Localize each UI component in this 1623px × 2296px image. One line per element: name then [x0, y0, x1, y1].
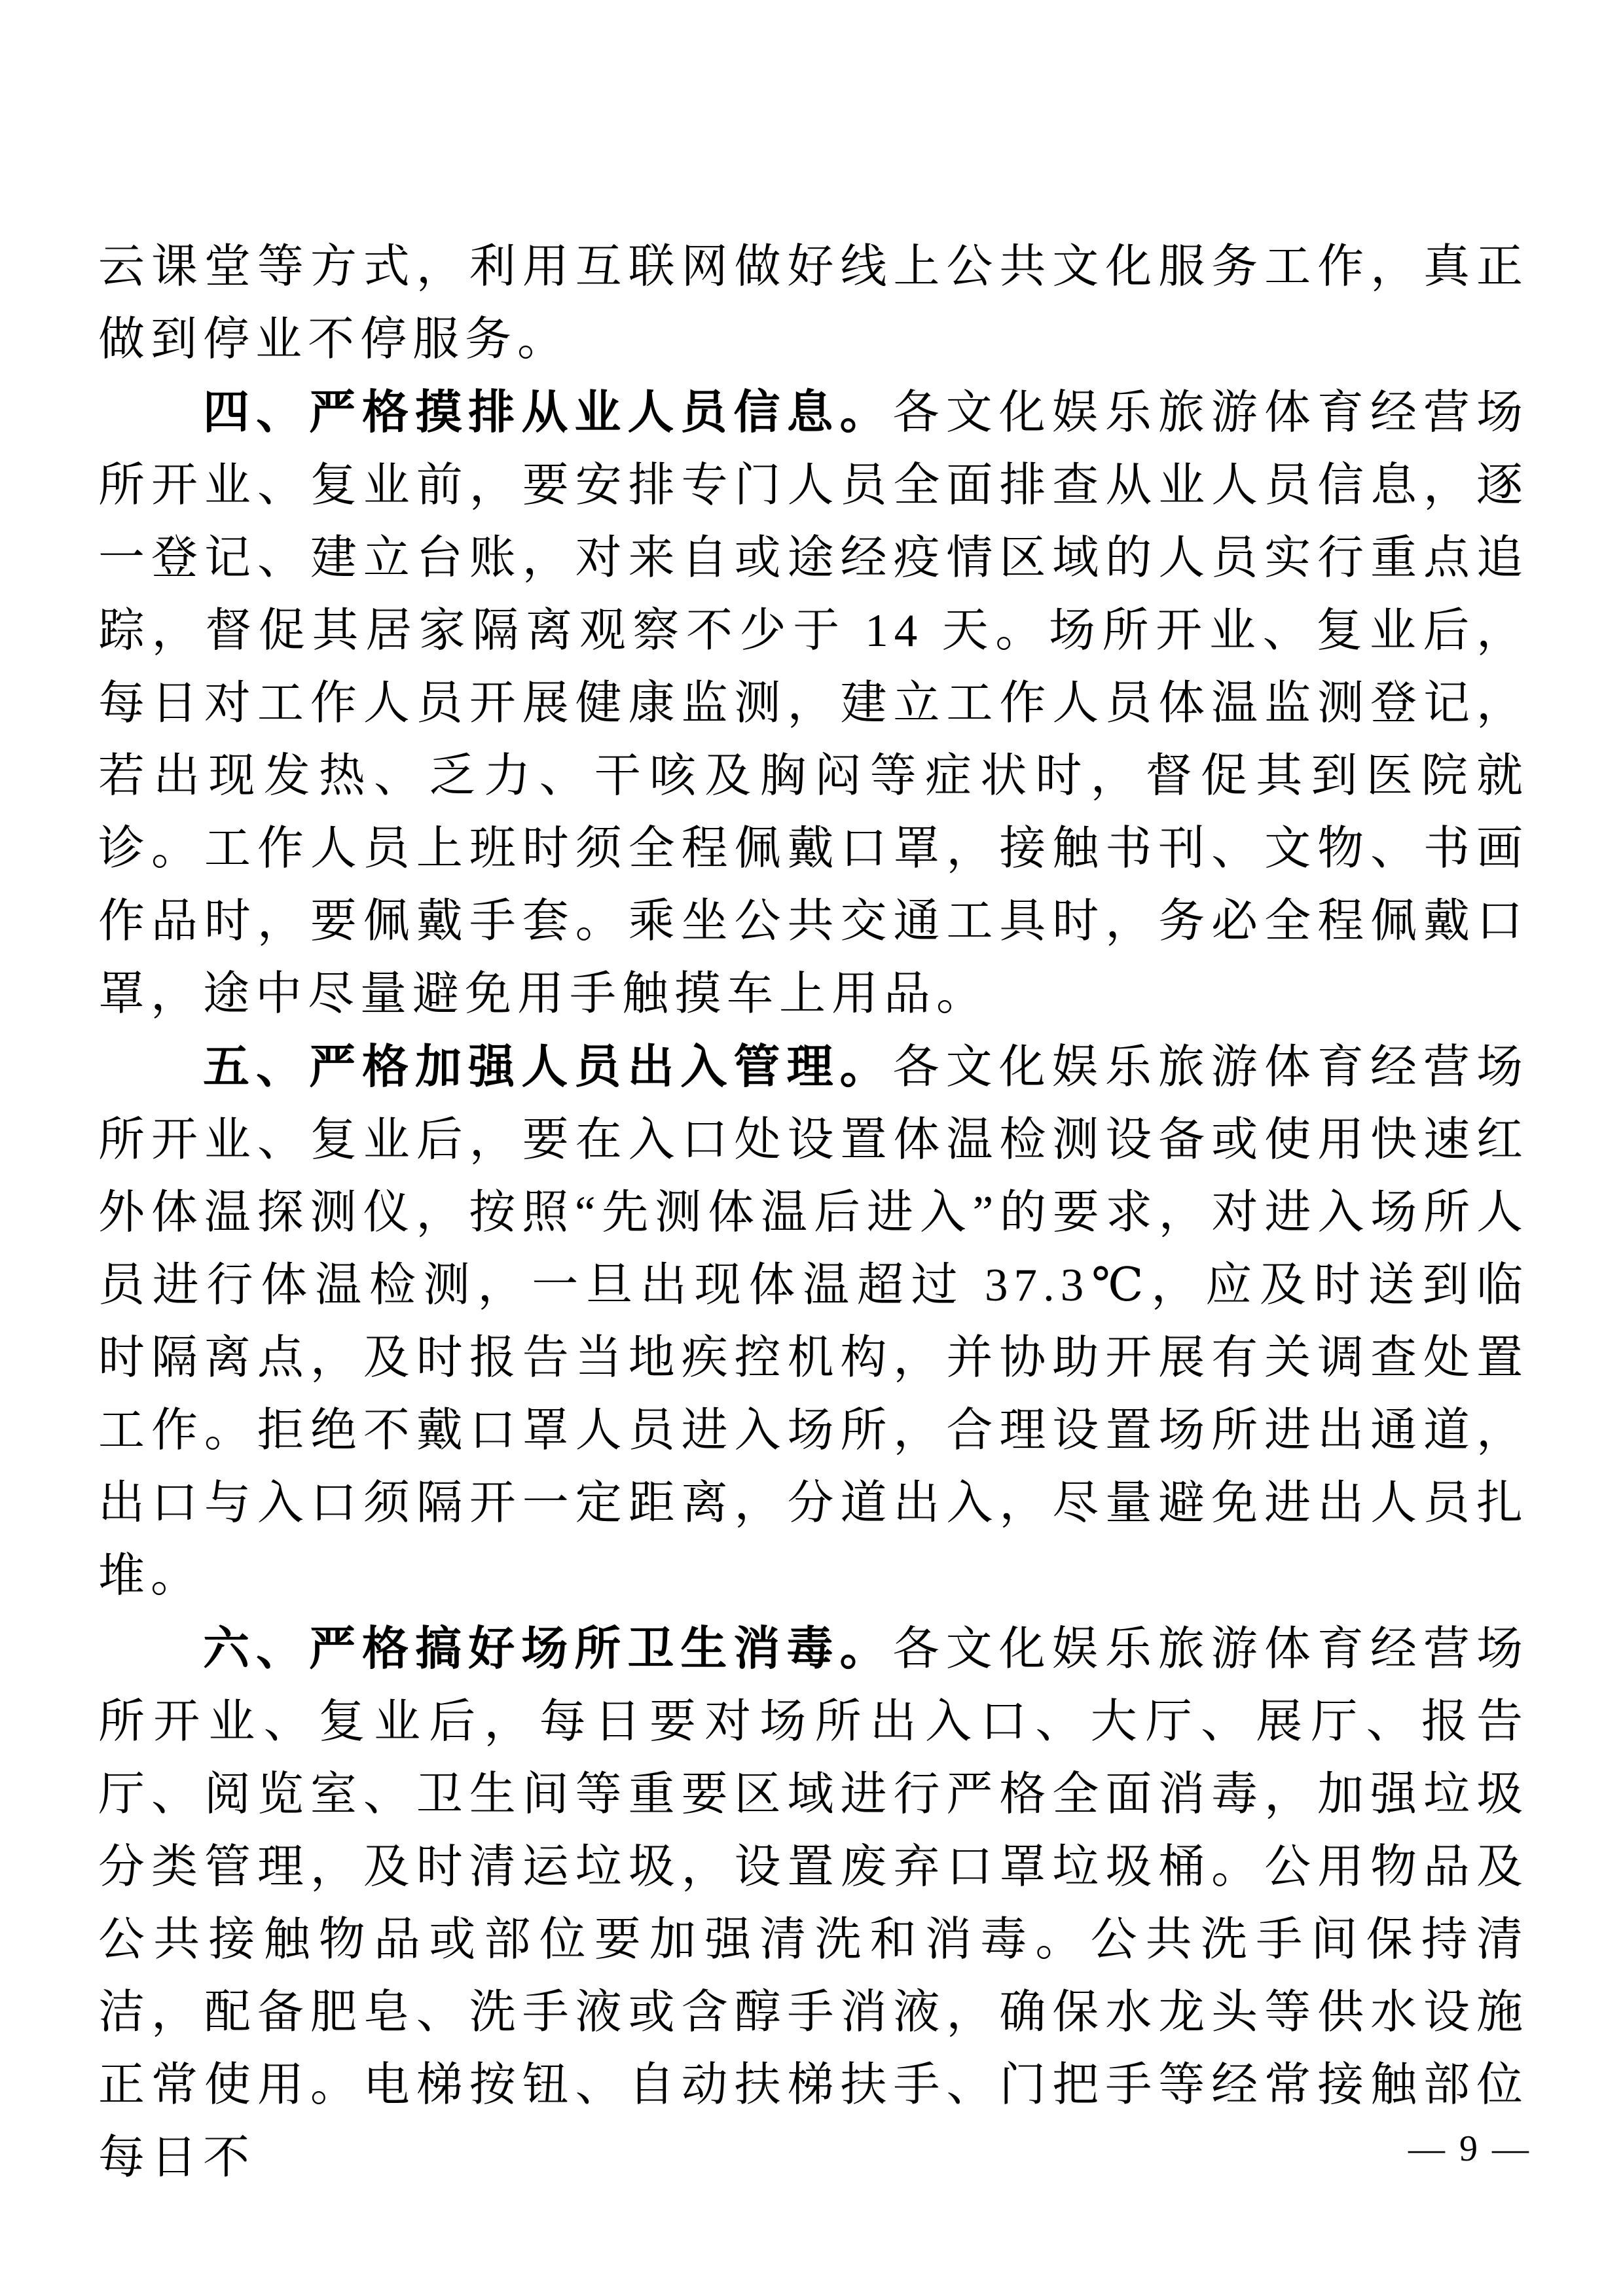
document-page: 云课堂等方式，利用互联网做好线上公共文化服务工作，真正做到停业不停服务。 四、严… [0, 0, 1623, 2296]
paragraph-section-5: 五、严格加强人员出入管理。各文化娱乐旅游体育经营场所开业、复业后，要在入口处设置… [98, 1031, 1529, 1613]
page-number: — 9 — [1408, 2128, 1531, 2169]
paragraph-lead: 六、严格搞好场所卫生消毒。 [203, 1623, 893, 1675]
document-body: 云课堂等方式，利用互联网做好线上公共文化服务工作，真正做到停业不停服务。 四、严… [98, 230, 1529, 2195]
paragraph-lead: 四、严格摸排从业人员信息。 [203, 387, 893, 439]
paragraph-lead: 五、严格加强人员出入管理。 [203, 1041, 893, 1093]
paragraph-text: 各文化娱乐旅游体育经营场所开业、复业后，要在入口处设置体温检测设备或使用快速红外… [98, 1042, 1529, 1602]
paragraph-continuation: 云课堂等方式，利用互联网做好线上公共文化服务工作，真正做到停业不停服务。 [98, 230, 1529, 376]
paragraph-section-4: 四、严格摸排从业人员信息。各文化娱乐旅游体育经营场所开业、复业前，要安排专门人员… [98, 376, 1529, 1031]
paragraph-text: 各文化娱乐旅游体育经营场所开业、复业前，要安排专门人员全面排查从业人员信息，逐一… [98, 387, 1529, 1020]
paragraph-text: 云课堂等方式，利用互联网做好线上公共文化服务工作，真正做到停业不停服务。 [98, 242, 1529, 365]
paragraph-section-6: 六、严格搞好场所卫生消毒。各文化娱乐旅游体育经营场所开业、复业后，每日要对场所出… [98, 1613, 1529, 2195]
paragraph-text: 各文化娱乐旅游体育经营场所开业、复业后，每日要对场所出入口、大厅、展厅、报告厅、… [98, 1624, 1529, 2183]
page-number-text: — 9 — [1408, 2128, 1531, 2169]
